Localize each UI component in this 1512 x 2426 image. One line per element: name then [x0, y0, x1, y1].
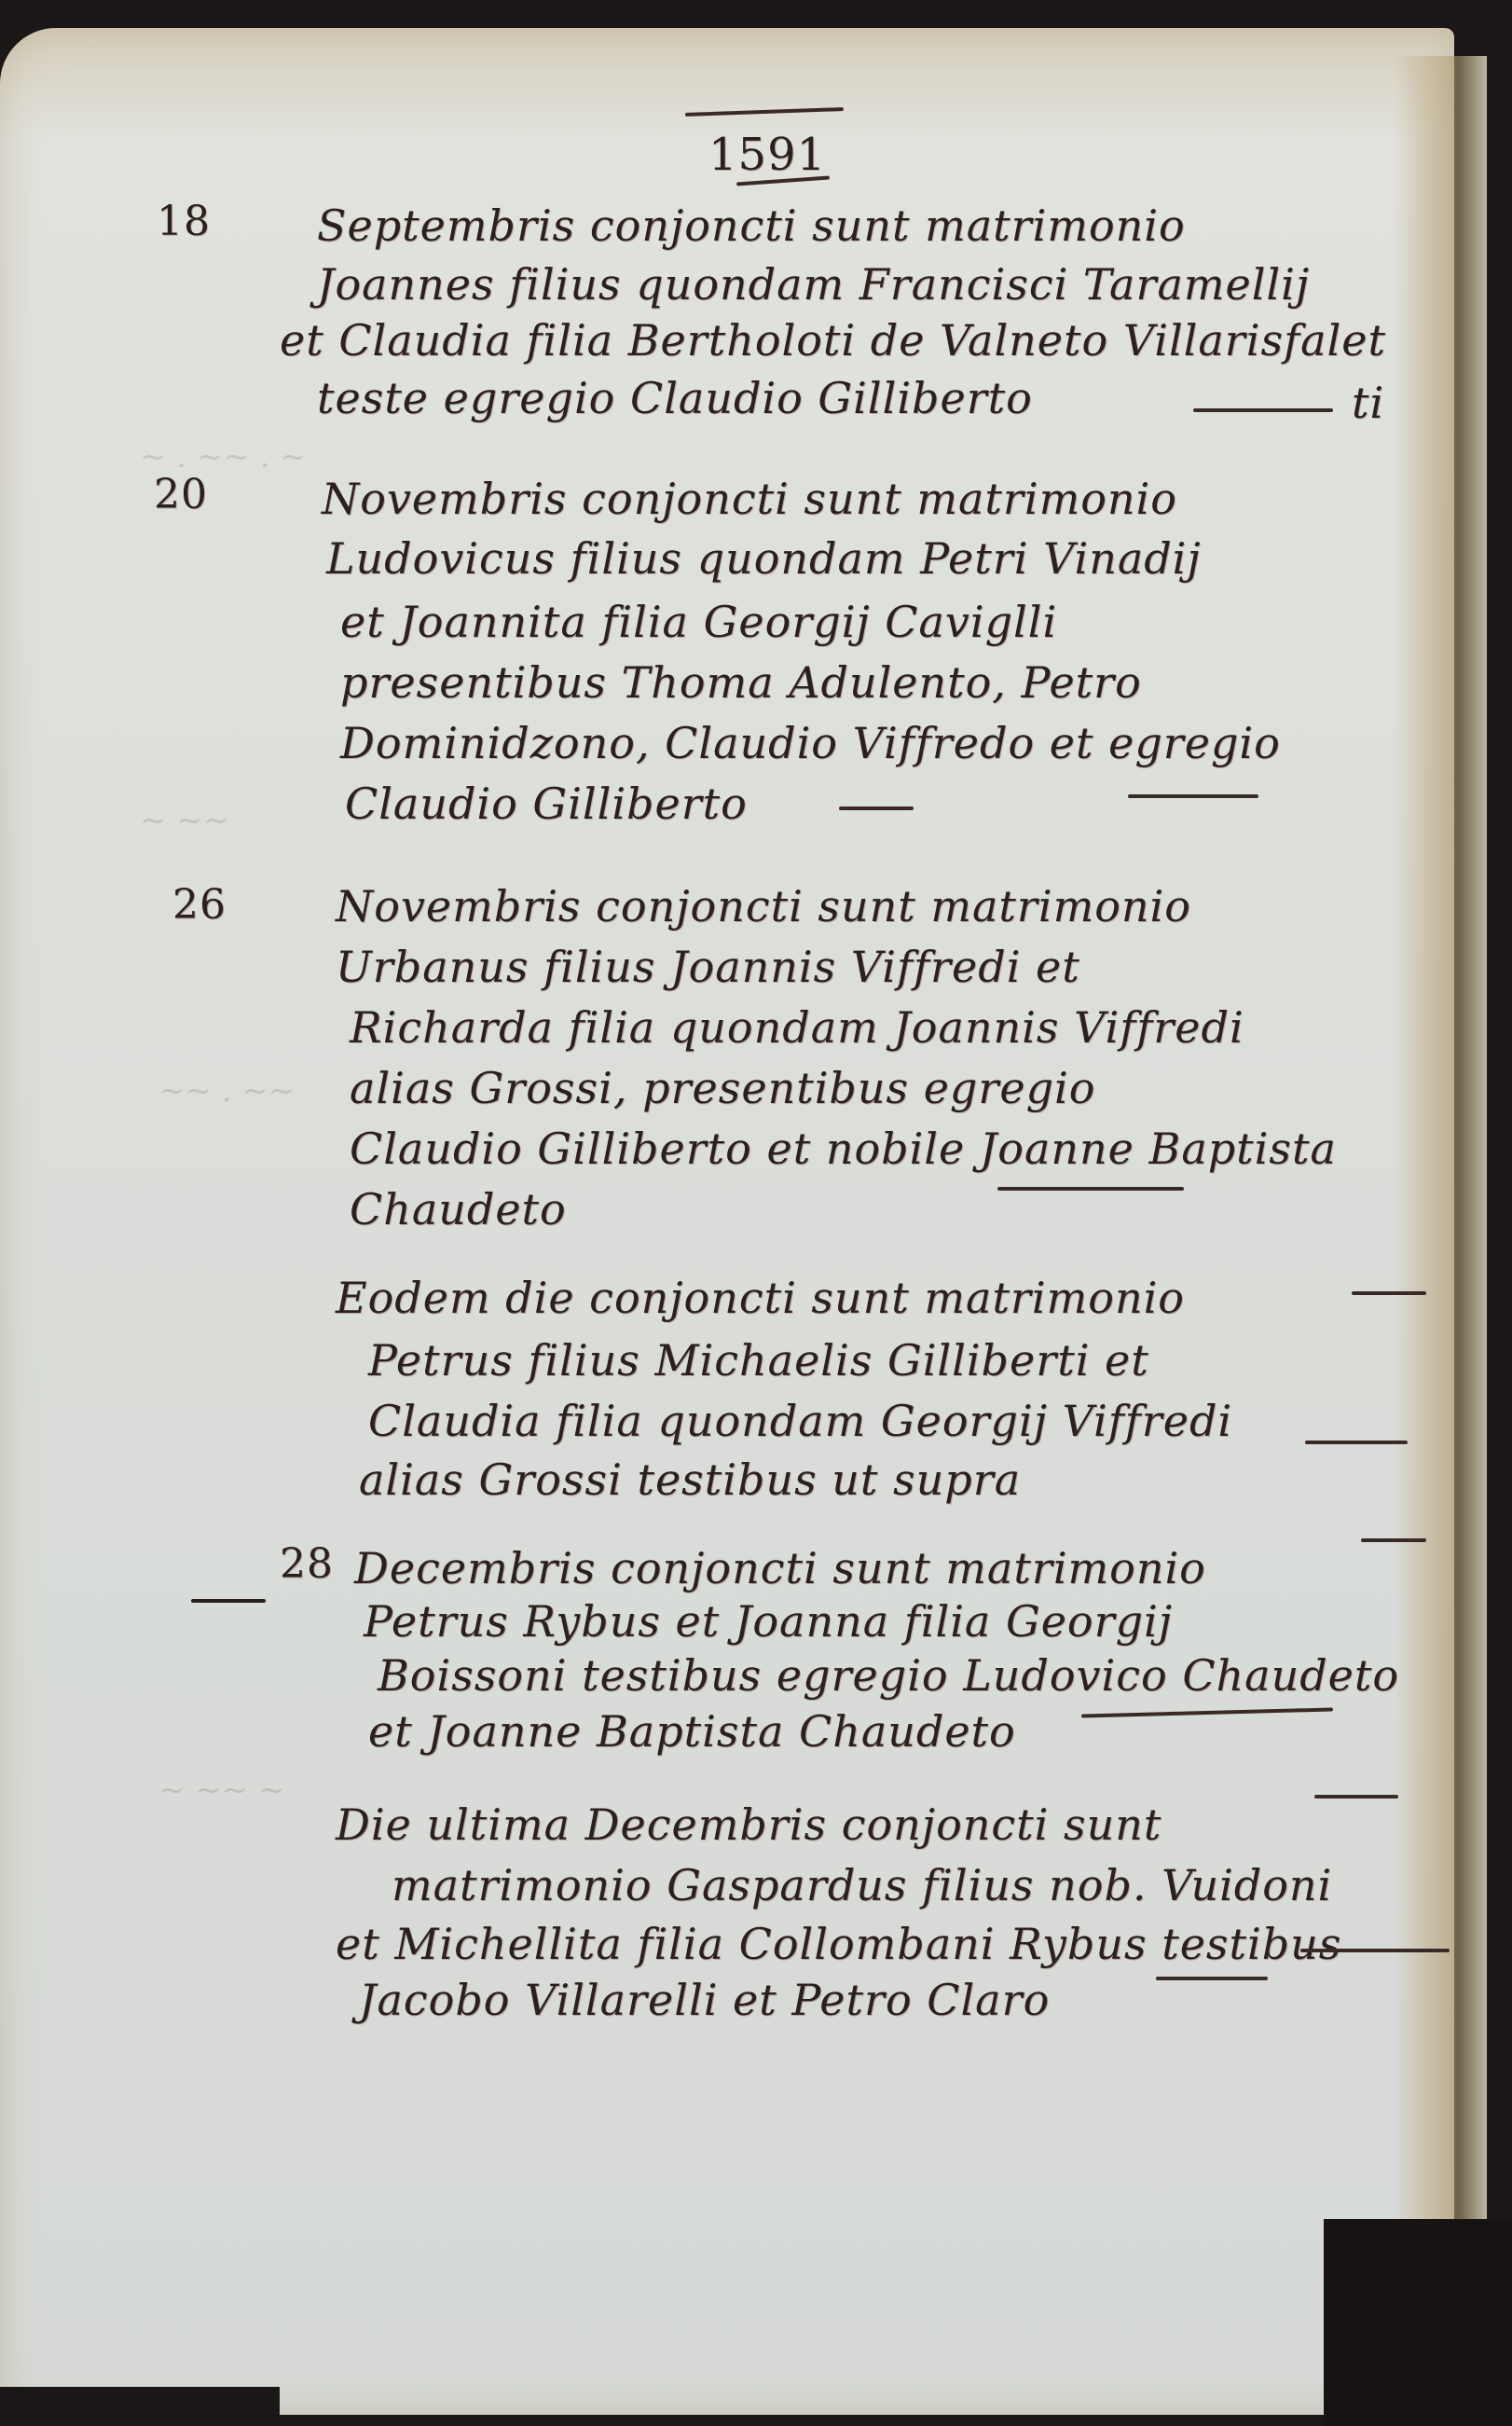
- entry-line: Septembris conjoncti sunt matrimonio: [317, 200, 1186, 251]
- entry-line: Decembris conjoncti sunt matrimonio: [354, 1543, 1206, 1593]
- entry-line: Boissoni testibus egregio Ludovico Chaud…: [378, 1650, 1399, 1701]
- line-filler-rule: [839, 806, 914, 810]
- margin-mark: [191, 1599, 266, 1603]
- entry-line: Die ultima Decembris conjoncti sunt: [336, 1799, 1161, 1850]
- entry-line: matrimonio Gaspardus filius nob. Vuidoni: [392, 1860, 1332, 1910]
- entry-line: Petrus filius Michaelis Gilliberti et: [368, 1335, 1149, 1385]
- entry-line: et Joanne Baptista Chaudeto: [368, 1706, 1016, 1757]
- line-filler-rule: [1305, 1440, 1408, 1444]
- line-filler-rule: [1156, 1977, 1268, 1980]
- entry-line: teste egregio Claudio Gilliberto: [317, 373, 1033, 423]
- line-filler-rule: [1352, 1291, 1426, 1295]
- bleed-through-text: ~ ~~: [140, 802, 229, 839]
- entry-date-margin: 20: [154, 471, 208, 518]
- entry-line: Claudio Gilliberto et nobile Joanne Bapt…: [350, 1123, 1337, 1174]
- line-filler-rule: [1300, 1949, 1450, 1952]
- entry-line: Dominidzono, Claudio Viffredo et egregio: [340, 718, 1281, 768]
- entry-date-margin: 26: [172, 881, 227, 929]
- entry-date-margin: 18: [157, 198, 211, 245]
- entry-line: et Joannita filia Georgij Caviglli: [340, 597, 1057, 647]
- entry-line: Jacobo Villarelli et Petro Claro: [359, 1975, 1050, 2025]
- entry-line: Richarda filia quondam Joannis Viffredi: [350, 1002, 1244, 1053]
- bleed-through-text: ~~ . ~~: [158, 1072, 295, 1110]
- background-corner: [1324, 2219, 1512, 2426]
- entry-line: Eodem die conjoncti sunt matrimonio: [336, 1273, 1185, 1323]
- entry-line: Novembris conjoncti sunt matrimonio: [322, 474, 1177, 524]
- line-filler-rule: [1361, 1538, 1426, 1542]
- entry-line: Chaudeto: [350, 1184, 567, 1234]
- entry-line: Urbanus filius Joannis Viffredi et: [336, 942, 1080, 992]
- background-bottom: [0, 2387, 280, 2426]
- entry-line: Petrus Rybus et Joanna filia Georgij: [364, 1596, 1173, 1647]
- line-filler-rule: [1128, 794, 1258, 798]
- bleed-through-text: ~ . ~~ . ~: [140, 438, 307, 476]
- entry-line: Claudio Gilliberto: [345, 779, 748, 829]
- entry-right-note: ti: [1352, 378, 1384, 428]
- line-filler-rule: [1314, 1795, 1398, 1799]
- entry-line: et Michellita filia Collombani Rybus tes…: [336, 1919, 1341, 1969]
- line-filler-rule: [997, 1187, 1184, 1191]
- entry-line: presentibus Thoma Adulento, Petro: [340, 657, 1142, 708]
- entry-line: alias Grossi, presentibus egregio: [350, 1063, 1095, 1113]
- entry-line: Ludovicus filius quondam Petri Vinadij: [326, 533, 1202, 584]
- entry-line: Claudia filia quondam Georgij Viffredi: [368, 1396, 1232, 1446]
- entry-line: Joannes filius quondam Francisci Taramel…: [317, 259, 1310, 310]
- entry-line: et Claudia filia Bertholoti de Valneto V…: [280, 315, 1386, 365]
- entry-line: Novembris conjoncti sunt matrimonio: [336, 881, 1191, 931]
- entry-line: alias Grossi testibus ut supra: [359, 1454, 1021, 1505]
- page-right-edge: [1394, 56, 1487, 2350]
- year-header: 1591: [708, 129, 826, 181]
- entry-date-margin: 28: [280, 1540, 334, 1588]
- bleed-through-text: ~ ~~ ~: [158, 1771, 285, 1809]
- page-top-stain: [0, 28, 1454, 140]
- line-filler-rule: [1193, 408, 1333, 412]
